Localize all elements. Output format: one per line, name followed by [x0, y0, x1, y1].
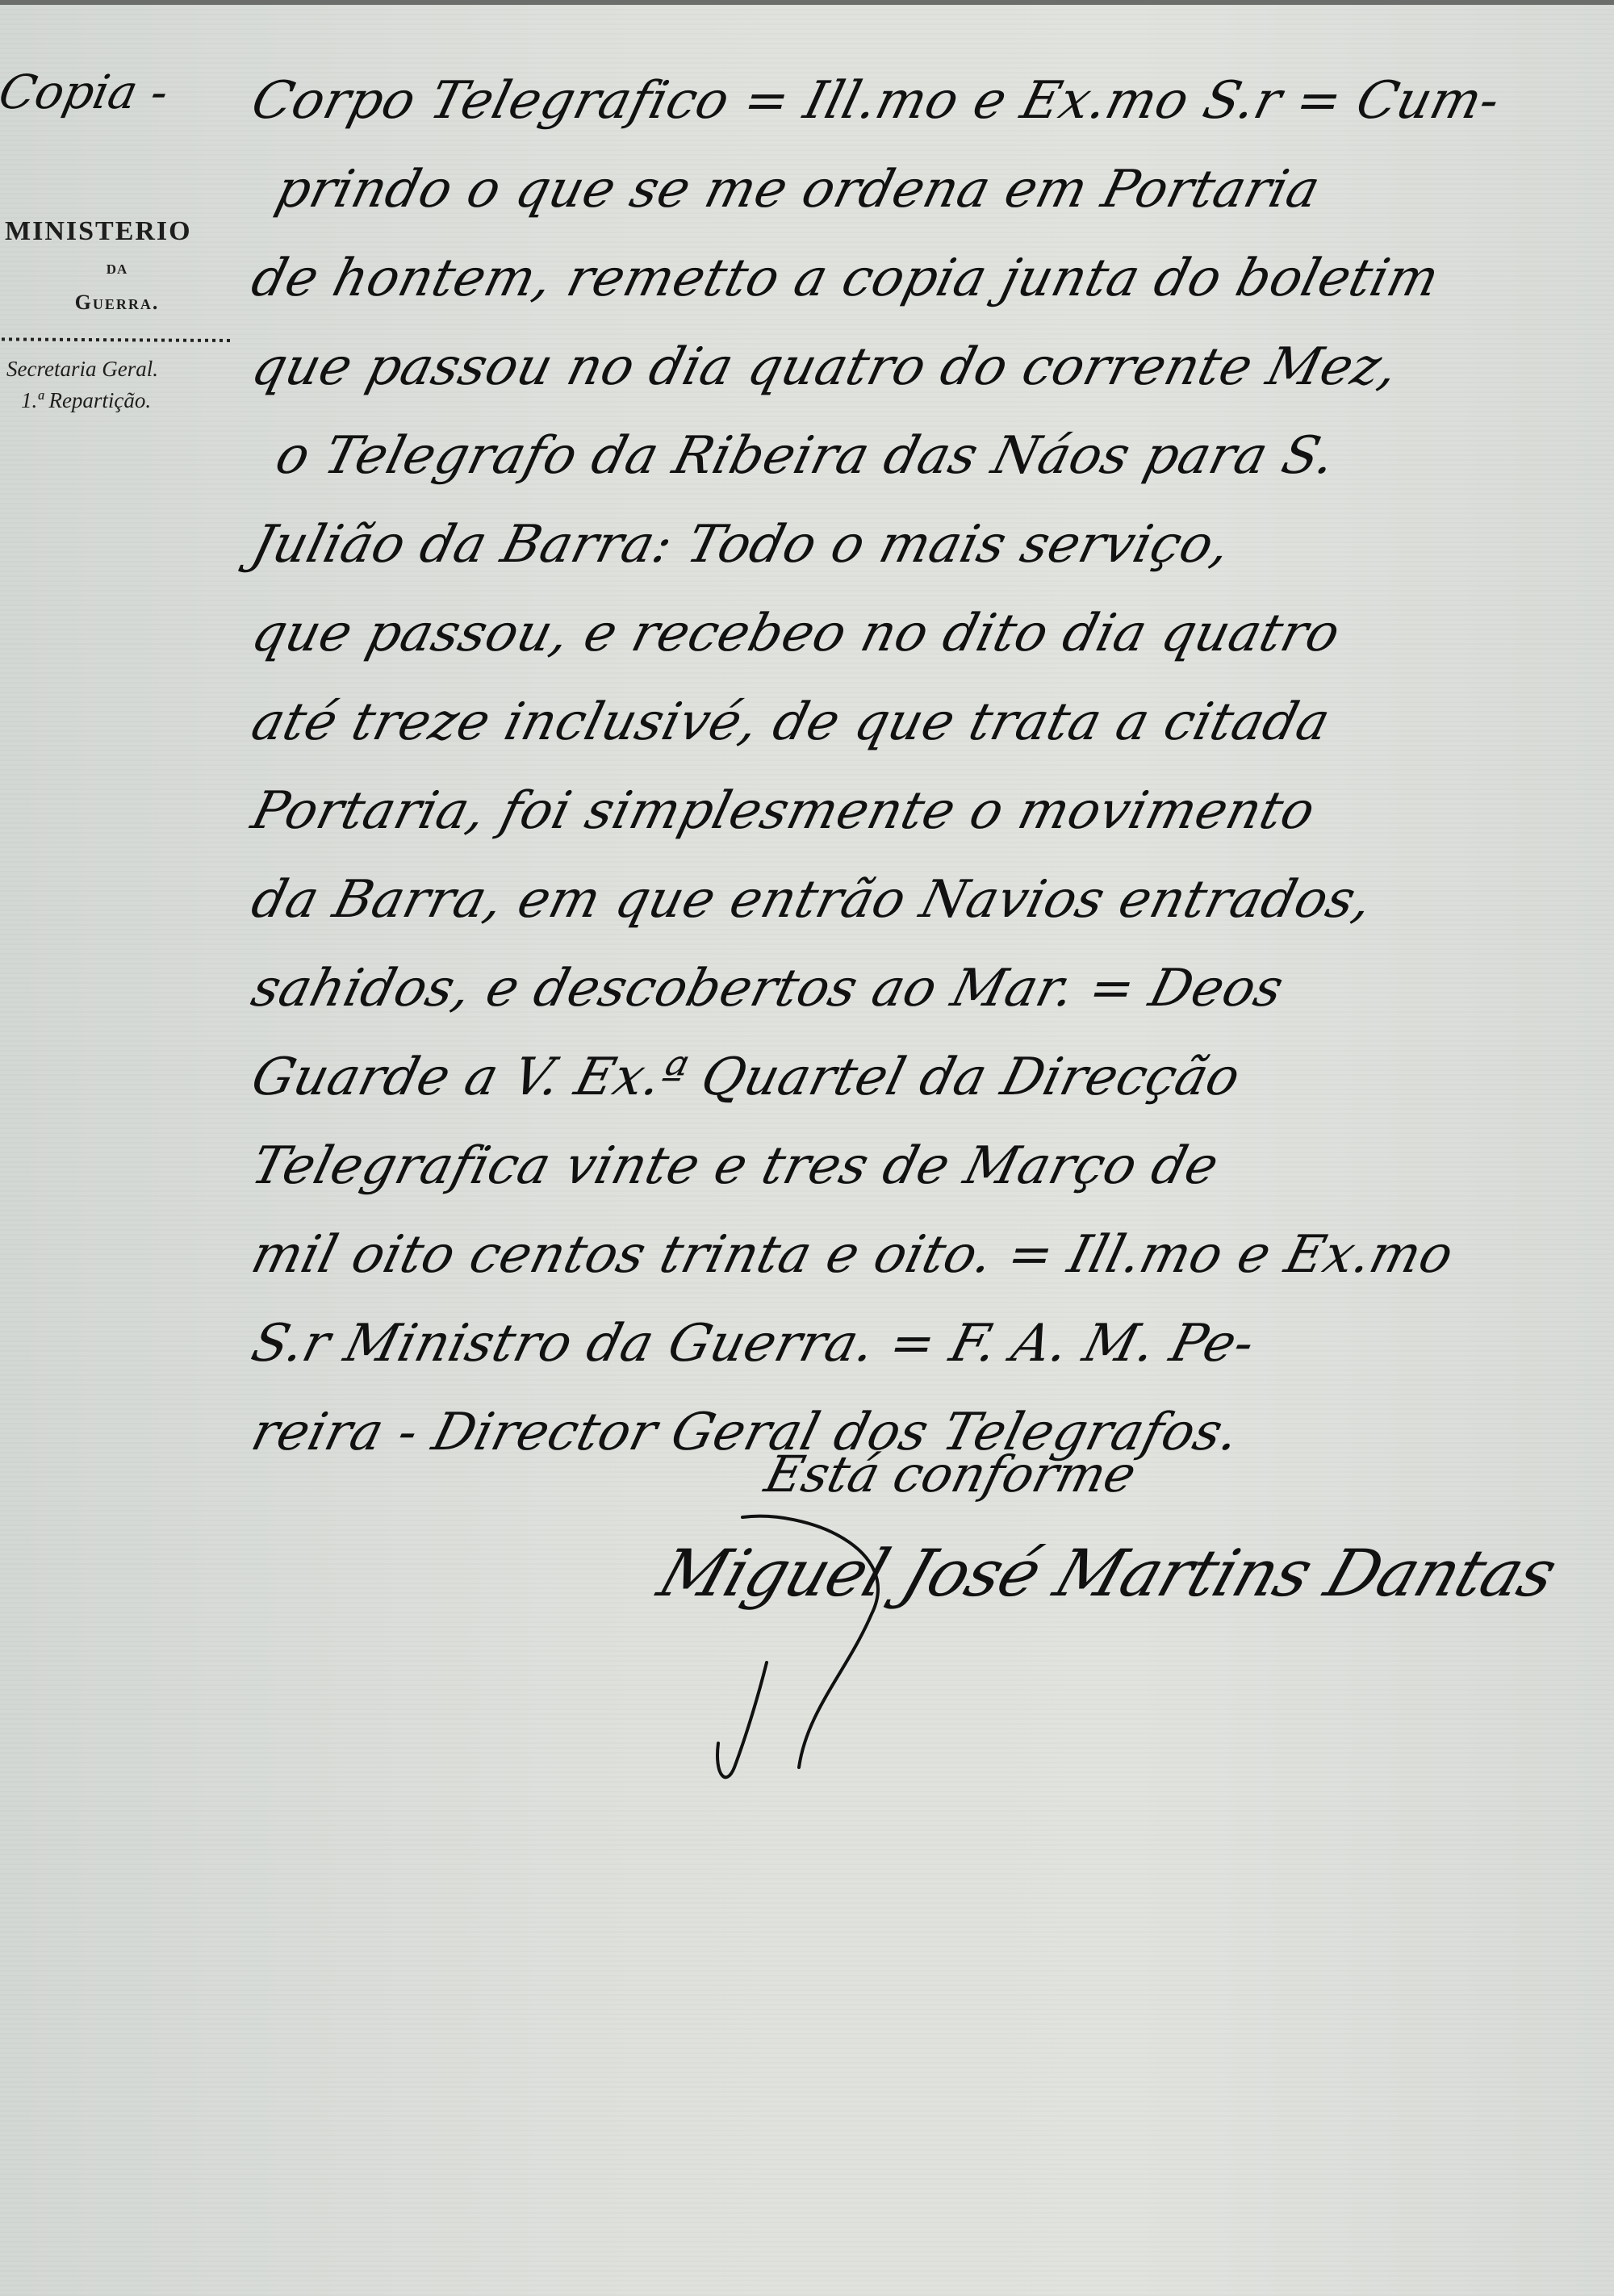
body-line: Guarde a V. Ex.ª Quartel da Direcção	[242, 1033, 1587, 1122]
body-line: sahidos, e descobertos ao Mar. = Deos	[242, 944, 1587, 1033]
letterhead-da: DA	[0, 261, 234, 278]
letterhead-ministerio: MINISTERIO	[5, 216, 234, 247]
body-line: S.r Ministro da Guerra. = F. A. M. Pe-	[242, 1299, 1587, 1388]
body-line: Telegrafica vinte e tres de Março de	[242, 1122, 1587, 1211]
attestation-text: Está conforme	[759, 1445, 1561, 1503]
letterhead-secretaria: Secretaria Geral.	[0, 357, 234, 382]
letterhead-guerra: Guerra.	[0, 291, 234, 315]
body-line: Portaria, foi simplesmente o movimento	[242, 767, 1587, 855]
letterhead-reparticao: 1.ª Repartição.	[0, 388, 234, 413]
body-line: mil oito centos trinta e oito. = Ill.mo …	[242, 1211, 1587, 1299]
signature-flourish-icon	[710, 1501, 1130, 1792]
body-line: que passou, e recebeo no dito dia quatro	[242, 589, 1587, 678]
body-line: prindo o que se me ordena em Portaria	[242, 145, 1587, 234]
page-top-edge	[0, 0, 1614, 5]
printed-letterhead: MINISTERIO DA Guerra. Secretaria Geral. …	[0, 216, 234, 413]
body-line: até treze inclusivé, de que trata a cita…	[242, 678, 1587, 767]
letterhead-wavy-rule	[2, 336, 232, 342]
body-line: da Barra, em que entrão Navios entrados,	[242, 855, 1587, 944]
body-line: Corpo Telegrafico = Ill.mo e Ex.mo S.r =…	[242, 56, 1587, 145]
body-line: o Telegrafo da Ribeira das Náos para S.	[242, 412, 1587, 500]
handwritten-body: Corpo Telegrafico = Ill.mo e Ex.mo S.r =…	[242, 56, 1566, 1477]
margin-note-copia: Copia -	[0, 65, 174, 119]
body-line: de hontem, remetto a copia junta do bole…	[242, 234, 1587, 323]
body-line: Julião da Barra: Todo o mais serviço,	[242, 500, 1587, 589]
body-line: que passou no dia quatro do corrente Mez…	[242, 323, 1587, 412]
